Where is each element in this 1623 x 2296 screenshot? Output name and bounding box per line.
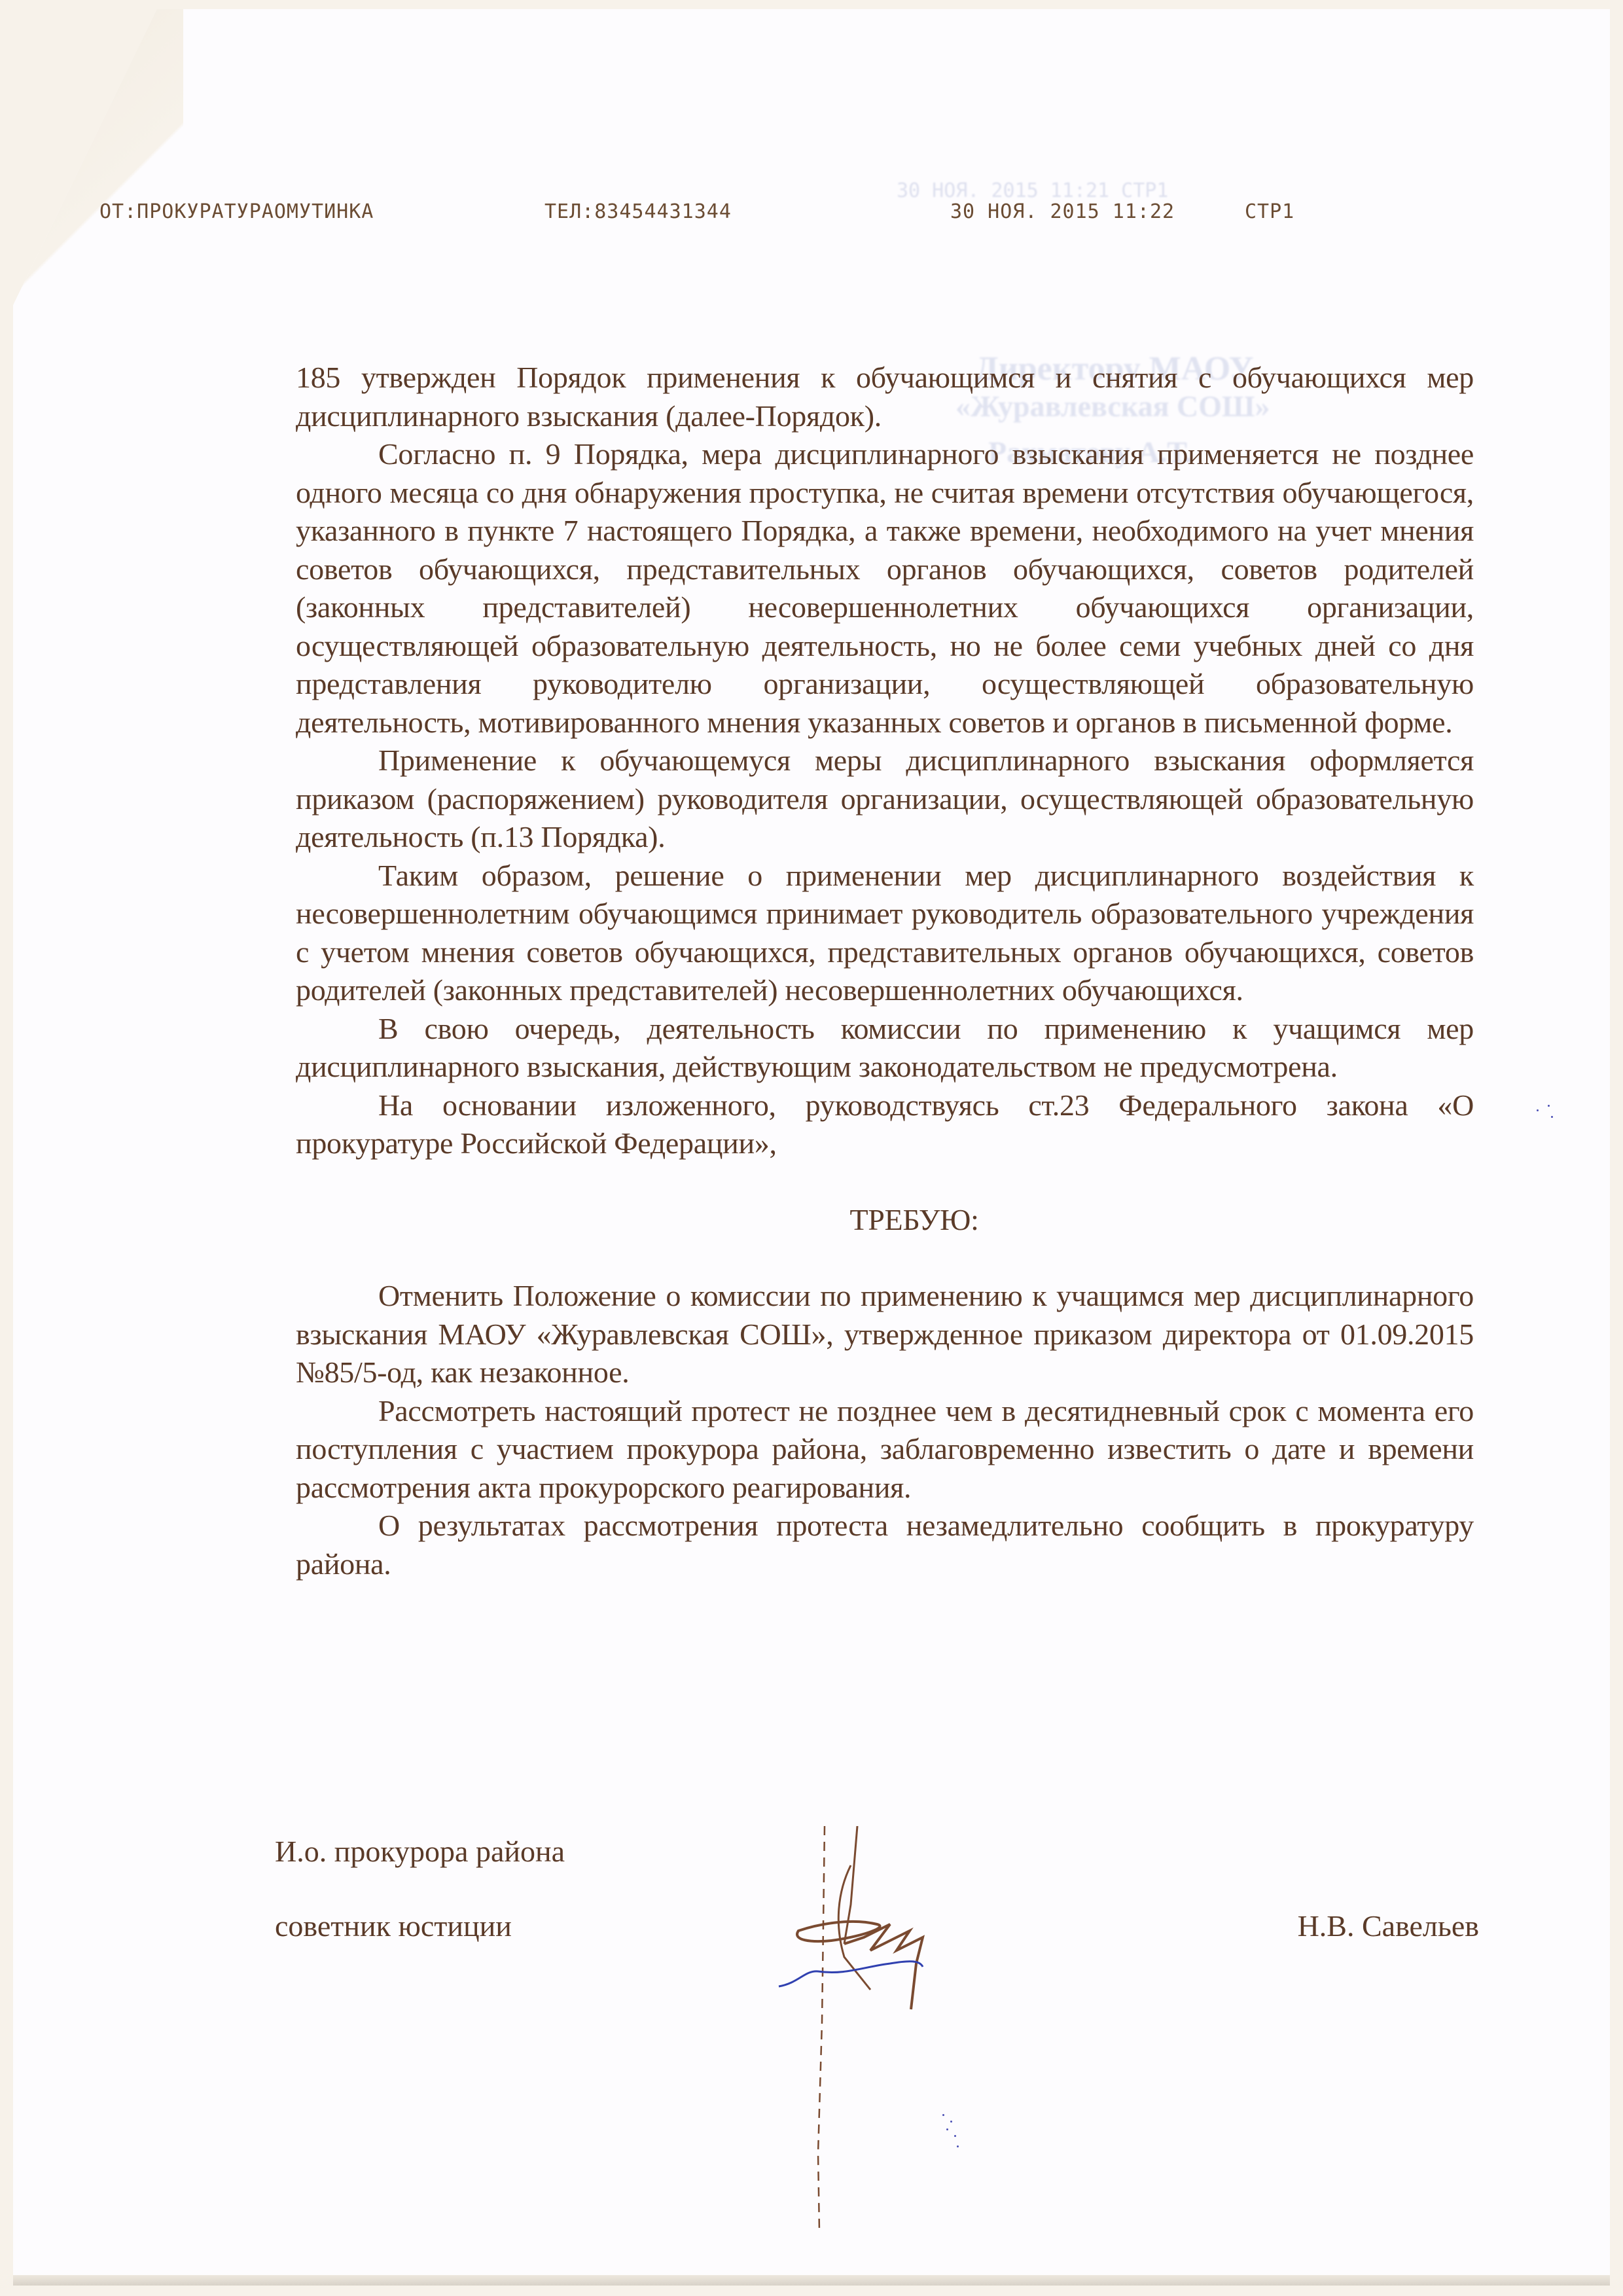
demand-cancel: Отменить Положение о комиссии по примене… — [296, 1277, 1474, 1392]
fax-phone: ТЕЛ:83454431344 — [544, 200, 732, 223]
fax-datetime: 30 НОЯ. 2015 11:22 — [950, 200, 1175, 223]
paragraph-order-form: Применение к обучающемуся меры дисциплин… — [296, 742, 1474, 857]
ink-speck — [957, 2145, 959, 2147]
paragraph-intro: 185 утвержден Порядок применения к обуча… — [296, 359, 1474, 435]
document-body: 185 утвержден Порядок применения к обуча… — [296, 359, 1474, 1583]
folded-corner — [13, 9, 183, 310]
ink-speck — [946, 2128, 948, 2130]
ink-speck — [1548, 1105, 1550, 1107]
fax-sender: ОТ:ПРОКУРАТУРАОМУТИНКА — [99, 200, 374, 223]
paragraph-deadline: Согласно п. 9 Порядка, мера дисциплинарн… — [296, 435, 1474, 742]
ink-speck — [954, 2135, 956, 2137]
paragraph-commission: В свою очередь, деятельность комиссии по… — [296, 1010, 1474, 1086]
signer-rank: советник юстиции — [275, 1907, 512, 1945]
page-bottom-edge — [13, 2275, 1610, 2286]
demand-review: Рассмотреть настоящий протест не позднее… — [296, 1392, 1474, 1507]
fax-page-number: СТР1 — [1245, 200, 1294, 223]
ink-speck — [1537, 1109, 1539, 1111]
paragraph-legal-basis: На основании изложенного, руководствуясь… — [296, 1086, 1474, 1163]
paragraph-conclusion: Таким образом, решение о применении мер … — [296, 857, 1474, 1010]
ink-speck — [1551, 1116, 1553, 1118]
signer-name: Н.В. Савельев — [1298, 1907, 1479, 1945]
demand-report: О результатах рассмотрения протеста неза… — [296, 1507, 1474, 1583]
ink-speck — [950, 2121, 952, 2123]
ink-speck — [942, 2114, 944, 2116]
signer-position: И.о. прокурора района — [275, 1833, 565, 1871]
demand-heading: ТРЕБУЮ: — [296, 1201, 1474, 1240]
fax-header-ghost: 30 НОЯ. 2015 11:21 СТР1 — [897, 179, 1168, 202]
